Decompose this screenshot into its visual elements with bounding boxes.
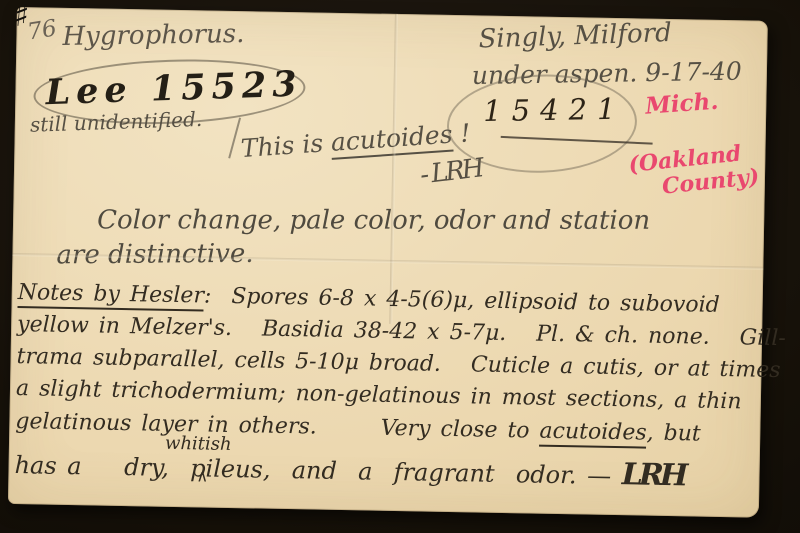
determination-prefix: This is bbox=[240, 128, 332, 163]
notes-line-1-text: : Spores 6-8 x 4-5(6)μ, ellipsoid to sub… bbox=[204, 283, 720, 317]
note-card: ♯ 76 Hygrophorus. Lee 15523 still uniden… bbox=[8, 7, 768, 518]
fold-crease-vertical bbox=[389, 14, 398, 324]
notes-line-5-text-c: , but bbox=[646, 421, 701, 447]
pencil-number: 76 bbox=[26, 16, 59, 46]
notes-line-5-text-b: Very close to bbox=[317, 415, 540, 444]
notes-line-1: Notes by Hesler: Spores 6-8 x 4-5(6)μ, e… bbox=[18, 281, 720, 318]
notes-line-5: gelatinous layer in others.Very close to… bbox=[15, 410, 701, 447]
caret-mark: ∧ bbox=[196, 467, 208, 485]
determination-note: This is acutoides ! bbox=[240, 119, 471, 162]
genus-title: Hygrophorus. bbox=[62, 20, 244, 52]
notes-line-6-text-b: pileus, and a fragrant odor. — bbox=[169, 454, 622, 490]
inserted-word: whitish bbox=[165, 434, 232, 455]
collection-number: Lee 15523 bbox=[45, 66, 303, 113]
notes-line-6-text-a: has a dry, bbox=[14, 451, 169, 482]
notes-heading: Notes by Hesler bbox=[17, 280, 204, 311]
notes-line-6: has a dry,whitish∧ pileus, and a fragran… bbox=[14, 447, 684, 492]
scan-background: ♯ 76 Hygrophorus. Lee 15523 still uniden… bbox=[0, 0, 800, 533]
status-note: still unidentified. bbox=[30, 108, 203, 136]
remarks-line-1: Color change, pale color, odor and stati… bbox=[97, 206, 650, 235]
state-annotation: Mich. bbox=[645, 89, 720, 119]
notes-line-4: a slight trichodermium; non-gelatinous i… bbox=[16, 377, 742, 414]
hesler-signature: LRH bbox=[622, 457, 685, 493]
accession-number: 15421 bbox=[483, 94, 626, 128]
notes-line-5-species: acutoides bbox=[539, 419, 647, 449]
locality-line-1: Singly, Milford bbox=[478, 19, 672, 54]
